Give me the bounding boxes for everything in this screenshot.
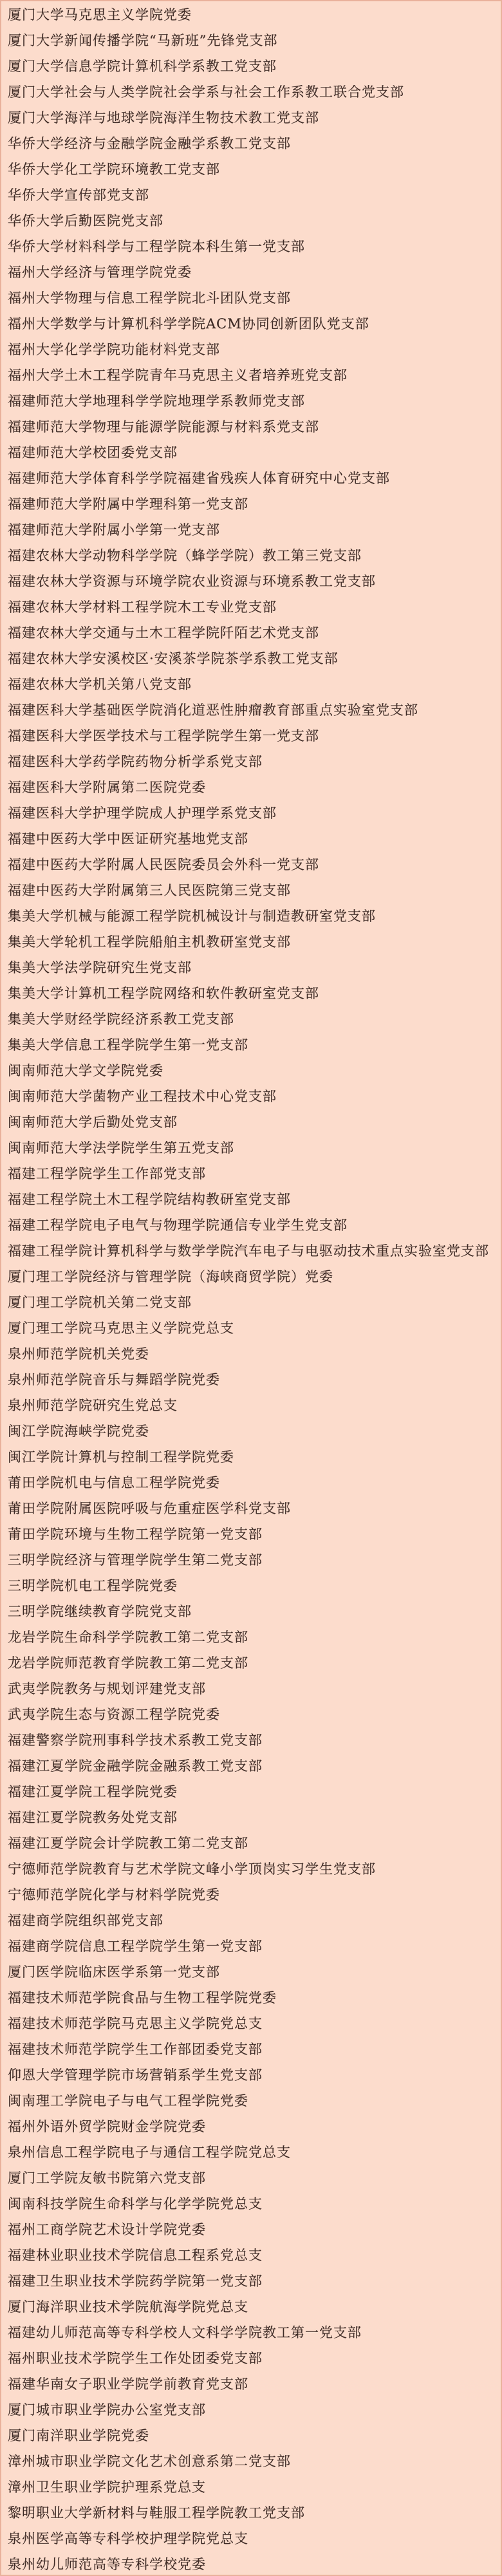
list-item: 闽江学院计算机与控制工程学院党委: [1, 1444, 501, 1470]
list-item: 福建卫生职业技术学院药学院第一党支部: [1, 2268, 501, 2294]
list-item: 福建师范大学附属中学理科第一党支部: [1, 491, 501, 517]
list-item: 华侨大学材料科学与工程学院本科生第一党支部: [1, 234, 501, 259]
list-item: 福州大学数学与计算机科学学院ACM协同创新团队党支部: [1, 311, 501, 337]
list-item: 厦门大学信息学院计算机科学系教工党支部: [1, 53, 501, 79]
list-item: 厦门城市职业学院办公室党支部: [1, 2397, 501, 2423]
list-item: 福建中医药大学中医证研究基地党支部: [1, 826, 501, 852]
list-item: 闽南师范大学菌物产业工程技术中心党支部: [1, 1084, 501, 1109]
list-item: 福建技术师范学院学生工作部团委党支部: [1, 2036, 501, 2062]
list-item: 三明学院经济与管理学院学生第二党支部: [1, 1547, 501, 1573]
list-item: 闽南师范大学法学院学生第五党支部: [1, 1135, 501, 1161]
list-item: 三明学院继续教育学院党支部: [1, 1599, 501, 1624]
list-item: 福建中医药大学附属第三人民医院第三党支部: [1, 878, 501, 903]
list-item: 闽南科技学院生命科学与化学学院党总支: [1, 2191, 501, 2217]
list-item: 华侨大学后勤医院党支部: [1, 208, 501, 234]
list-item: 福建工程学院土木工程学院结构教研室党支部: [1, 1187, 501, 1212]
list-item: 福州大学经济与管理学院党委: [1, 259, 501, 285]
list-item: 福建工程学院学生工作部党支部: [1, 1161, 501, 1187]
list-item: 福建师范大学地理科学学院地理学系教师党支部: [1, 388, 501, 414]
list-item: 华侨大学宣传部党支部: [1, 182, 501, 208]
list-item: 集美大学机械与能源工程学院机械设计与制造教研室党支部: [1, 903, 501, 929]
list-item: 福州大学化学学院功能材料党支部: [1, 337, 501, 362]
list-item: 福建华南女子职业学院学前教育党支部: [1, 2371, 501, 2397]
list-item: 福建医科大学附属第二医院党委: [1, 775, 501, 800]
list-item: 福州工商学院艺术设计学院党委: [1, 2217, 501, 2242]
list-item: 厦门大学马克思主义学院党委: [1, 2, 501, 28]
list-item: 福建师范大学体育科学学院福建省残疾人体育研究中心党支部: [1, 465, 501, 491]
list-item: 厦门大学社会与人类学院社会学系与社会工作系教工联合党支部: [1, 79, 501, 105]
list-item: 福建江夏学院会计学院教工第二党支部: [1, 1830, 501, 1856]
list-item: 福建医科大学护理学院成人护理学系党支部: [1, 800, 501, 826]
list-item: 厦门南洋职业学院党委: [1, 2423, 501, 2449]
list-item: 厦门理工学院经济与管理学院（海峡商贸学院）党委: [1, 1264, 501, 1290]
list-item: 泉州师范学院研究生党总支: [1, 1393, 501, 1418]
list-item: 福建农林大学动物科学学院（蜂学学院）教工第三党支部: [1, 543, 501, 569]
list-item: 厦门医学院临床医学系第一党支部: [1, 1959, 501, 1985]
list-item: 龙岩学院生命科学学院教工第二党支部: [1, 1624, 501, 1650]
list-item: 漳州城市职业学院文化艺术创意系第二党支部: [1, 2449, 501, 2474]
list-item: 福建师范大学附属小学第一党支部: [1, 517, 501, 543]
list-item: 福建医科大学医学技术与工程学院学生第一党支部: [1, 723, 501, 749]
list-item: 集美大学信息工程学院学生第一党支部: [1, 1032, 501, 1058]
list-item: 福建警察学院刑事科学技术系教工党支部: [1, 1727, 501, 1753]
list-item: 集美大学法学院研究生党支部: [1, 955, 501, 981]
list-item: 福建医科大学基础医学院消化道恶性肿瘤教育部重点实验室党支部: [1, 697, 501, 723]
list-item: 福建工程学院计算机科学与数学学院汽车电子与电驱动技术重点实验室党支部: [1, 1238, 501, 1264]
list-item: 宁德师范学院教育与艺术学院文峰小学顶岗实习学生党支部: [1, 1856, 501, 1882]
list-item: 龙岩学院师范教育学院教工第二党支部: [1, 1650, 501, 1676]
list-item: 福建商学院组织部党支部: [1, 1908, 501, 1933]
list-item: 福建农林大学安溪校区·安溪茶学院茶学系教工党支部: [1, 646, 501, 672]
list-item: 莆田学院机电与信息工程学院党委: [1, 1470, 501, 1496]
list-item: 泉州信息工程学院电子与通信工程学院党总支: [1, 2139, 501, 2165]
list-item: 三明学院机电工程学院党委: [1, 1573, 501, 1599]
list-item: 集美大学财经学院经济系教工党支部: [1, 1006, 501, 1032]
list-item: 福建技术师范学院食品与生物工程学院党委: [1, 1985, 501, 2011]
list-item: 泉州幼儿师范高等专科学校党委: [1, 2552, 501, 2576]
list-item: 华侨大学经济与金融学院金融学系教工党支部: [1, 131, 501, 156]
list-item: 闽南理工学院电子与电气工程学院党委: [1, 2088, 501, 2114]
list-item: 厦门理工学院机关第二党支部: [1, 1290, 501, 1315]
list-item: 华侨大学化工学院环境教工党支部: [1, 156, 501, 182]
list-item: 福建商学院信息工程学院学生第一党支部: [1, 1933, 501, 1959]
list-item: 厦门海洋职业技术学院航海学院党总支: [1, 2294, 501, 2320]
list-item: 仰恩大学管理学院市场营销系学生党支部: [1, 2062, 501, 2088]
list-item: 漳州卫生职业学院护理系党总支: [1, 2474, 501, 2500]
list-item: 闽南师范大学后勤处党支部: [1, 1109, 501, 1135]
list-item: 厦门大学新闻传播学院“马新班”先锋党支部: [1, 28, 501, 53]
list-item: 福建农林大学资源与环境学院农业资源与环境系教工党支部: [1, 569, 501, 594]
list-item: 福州大学物理与信息工程学院北斗团队党支部: [1, 285, 501, 311]
list-item: 福州外语外贸学院财金学院党委: [1, 2114, 501, 2139]
list-item: 泉州医学高等专科学校护理学院党总支: [1, 2526, 501, 2552]
list-item: 福建师范大学物理与能源学院能源与材料系党支部: [1, 414, 501, 440]
list-item: 福建师范大学校团委党支部: [1, 440, 501, 465]
list-item: 莆田学院附属医院呼吸与危重症医学科党支部: [1, 1496, 501, 1521]
list-item: 福建江夏学院金融学院金融系教工党支部: [1, 1753, 501, 1779]
list-item: 泉州师范学院音乐与舞蹈学院党委: [1, 1367, 501, 1393]
list-item: 黎明职业大学新材料与鞋服工程学院教工党支部: [1, 2500, 501, 2526]
list-item: 福州大学土木工程学院青年马克思主义者培养班党支部: [1, 362, 501, 388]
list-item: 福建技术师范学院马克思主义学院党总支: [1, 2011, 501, 2036]
party-branch-list: 厦门大学马克思主义学院党委厦门大学新闻传播学院“马新班”先锋党支部厦门大学信息学…: [1, 2, 501, 2576]
list-item: 厦门大学海洋与地球学院海洋生物技术教工党支部: [1, 105, 501, 131]
list-item: 福建幼儿师范高等专科学校人文科学学院教工第一党支部: [1, 2320, 501, 2346]
list-item: 福建农林大学交通与土木工程学院阡陌艺术党支部: [1, 620, 501, 646]
list-item: 宁德师范学院化学与材料学院党委: [1, 1882, 501, 1908]
list-item: 武夷学院生态与资源工程学院党委: [1, 1702, 501, 1727]
list-item: 福建农林大学机关第八党支部: [1, 672, 501, 697]
list-item: 福建中医药大学附属人民医院委员会外科一党支部: [1, 852, 501, 878]
list-item: 福建农林大学材料工程学院木工专业党支部: [1, 594, 501, 620]
list-item: 福建医科大学药学院药物分析学系党支部: [1, 749, 501, 775]
list-item: 闽江学院海峡学院党委: [1, 1418, 501, 1444]
list-item: 厦门理工学院马克思主义学院党总支: [1, 1315, 501, 1341]
list-item: 武夷学院教务与规划评建党支部: [1, 1676, 501, 1702]
list-item: 福州职业技术学院学生工作处团委党支部: [1, 2346, 501, 2371]
list-item: 福建工程学院电子电气与物理学院通信专业学生党支部: [1, 1212, 501, 1238]
list-item: 集美大学计算机工程学院网络和软件教研室党支部: [1, 981, 501, 1006]
list-item: 厦门工学院友敏书院第六党支部: [1, 2165, 501, 2191]
list-item: 福建林业职业技术学院信息工程系党总支: [1, 2242, 501, 2268]
list-item: 泉州师范学院机关党委: [1, 1341, 501, 1367]
document-page: 厦门大学马克思主义学院党委厦门大学新闻传播学院“马新班”先锋党支部厦门大学信息学…: [0, 0, 502, 2576]
list-item: 福建江夏学院工程学院党委: [1, 1779, 501, 1805]
list-item: 福建江夏学院教务处党支部: [1, 1805, 501, 1830]
list-item: 集美大学轮机工程学院船舶主机教研室党支部: [1, 929, 501, 955]
list-item: 莆田学院环境与生物工程学院第一党支部: [1, 1521, 501, 1547]
list-item: 闽南师范大学文学院党委: [1, 1058, 501, 1084]
